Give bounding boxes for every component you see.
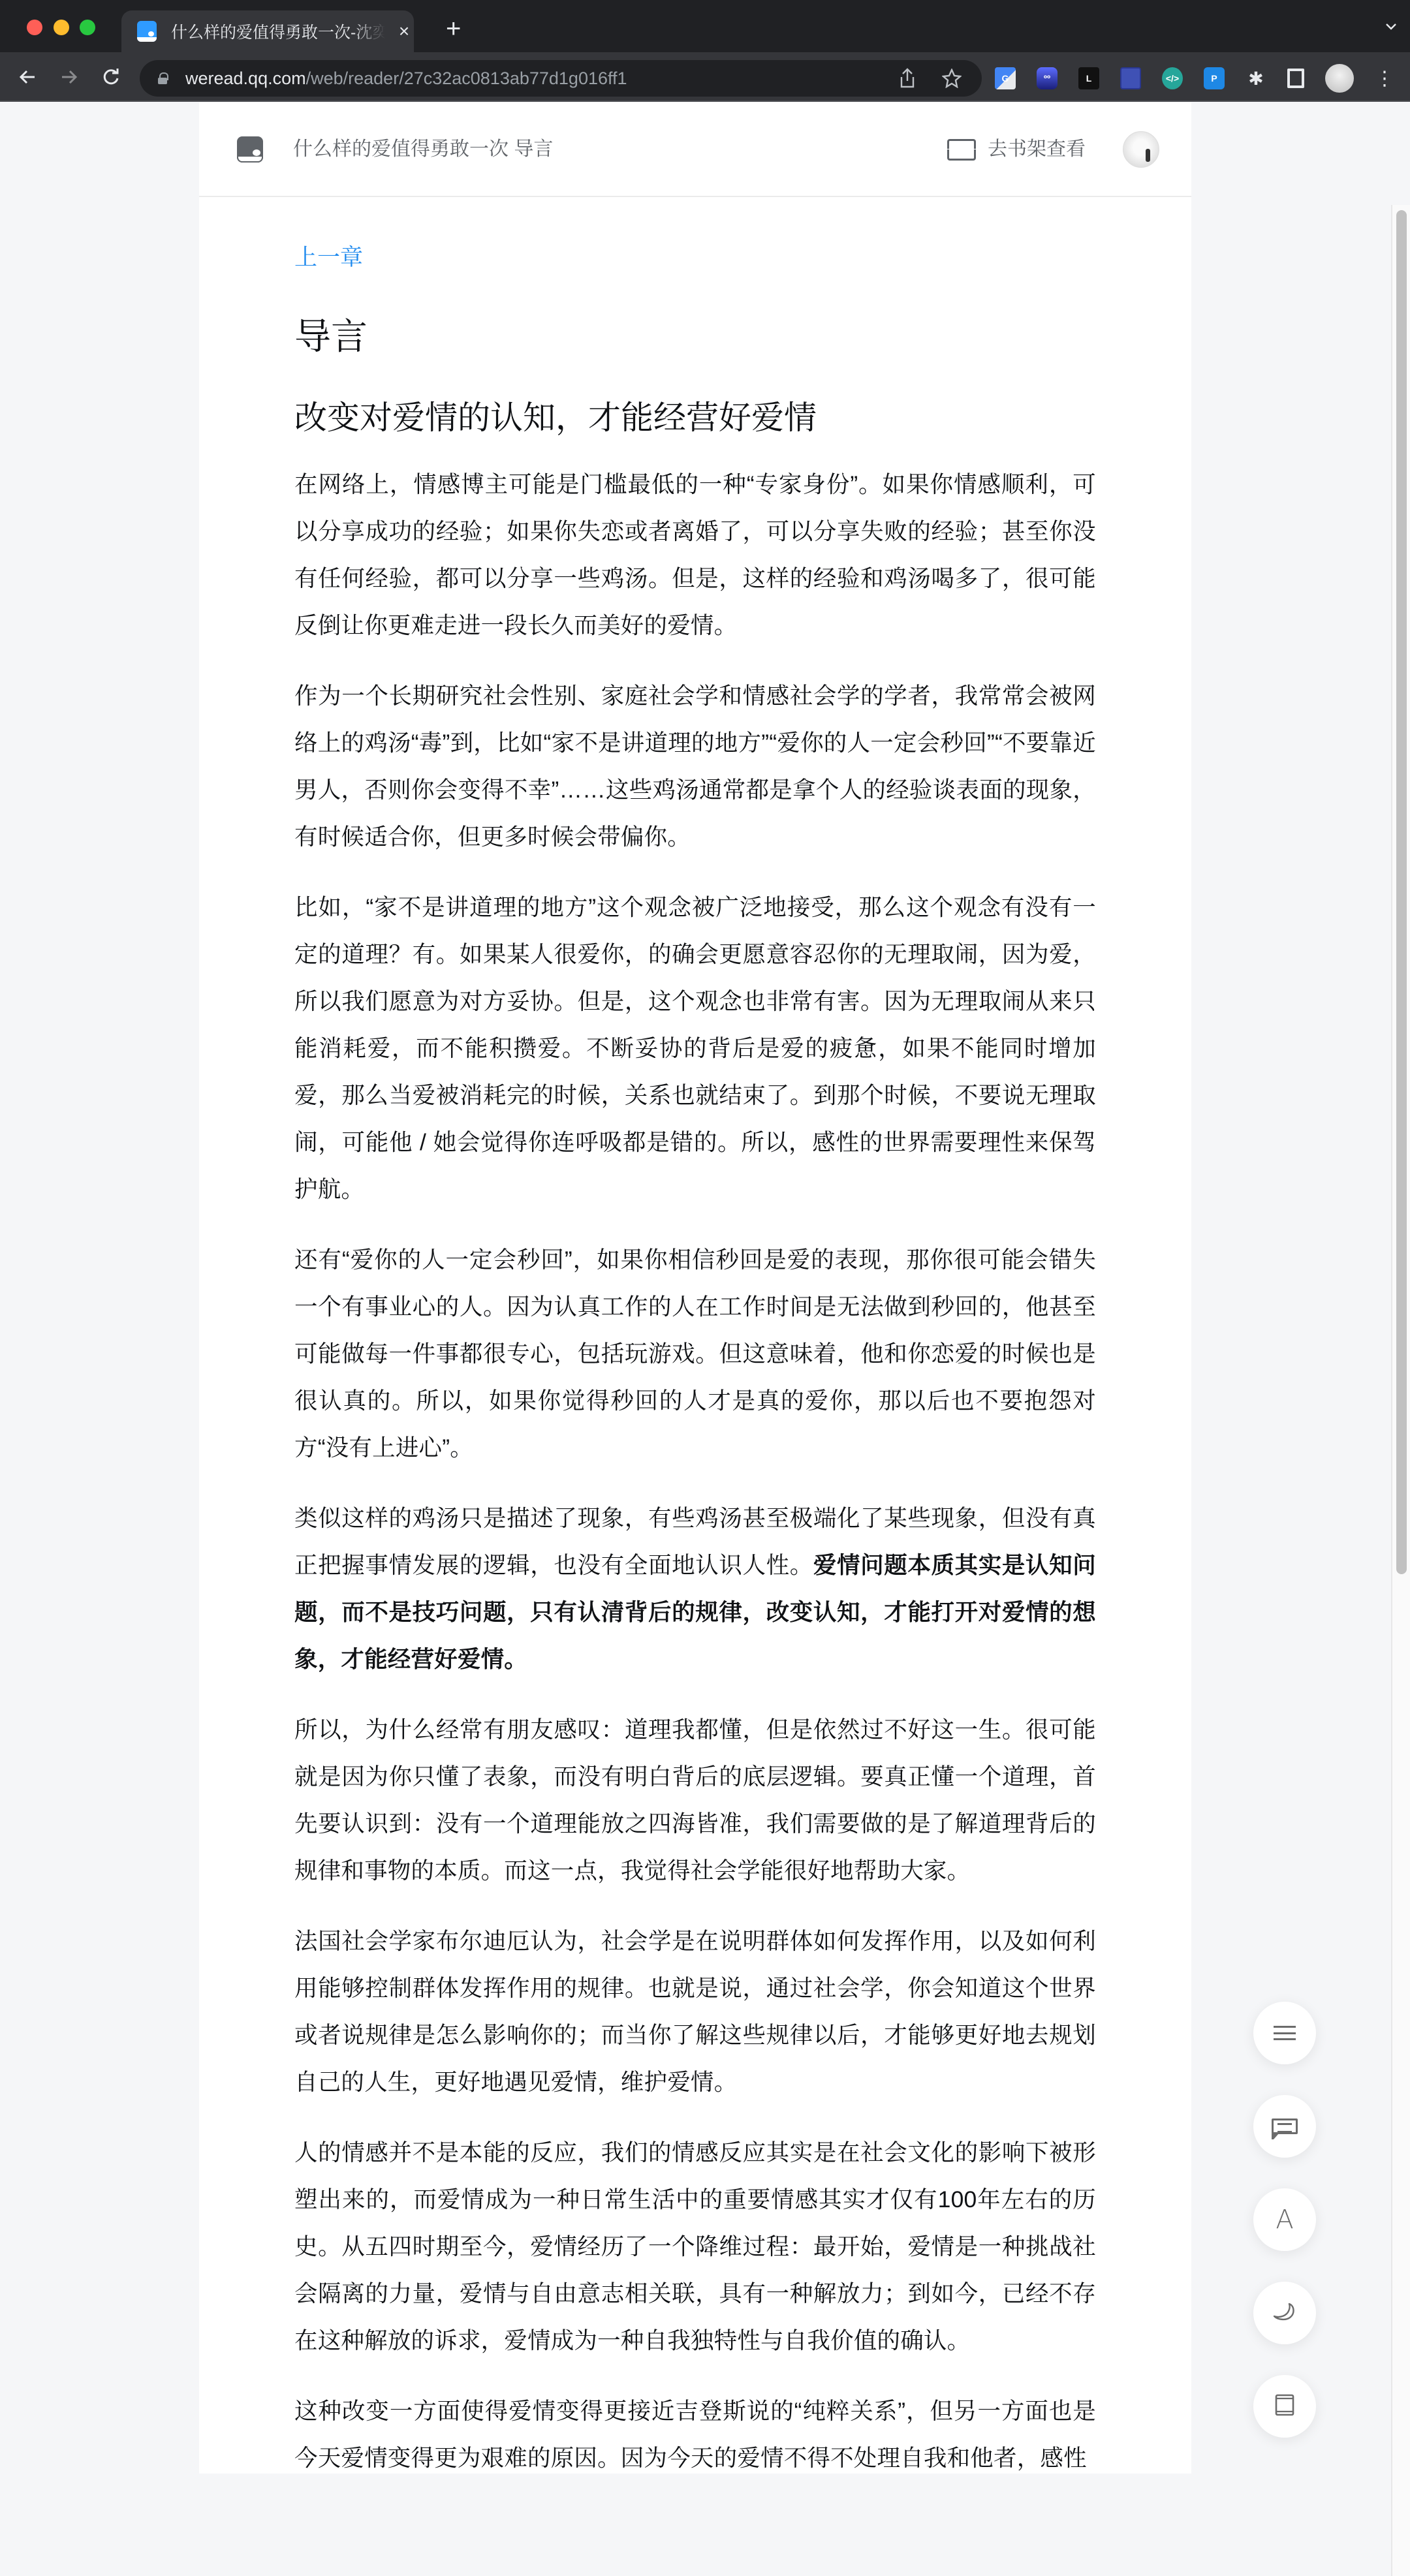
reader-page: 什么样的爱值得勇敢一次 导言 去书架查看 上一章 导言 改变对爱情的认知，才能经… <box>0 102 1410 2474</box>
reload-icon <box>101 67 121 87</box>
url-host: weread.qq.com <box>185 69 306 89</box>
moon-icon <box>1272 2302 1297 2325</box>
floating-controls: A <box>1253 2002 1316 2468</box>
paragraph: 这种改变一方面使得爱情变得更接近吉登斯说的“纯粹关系”，但另一方面也是今天爱情变… <box>294 2387 1096 2474</box>
shelf-label: 去书架查看 <box>988 135 1086 164</box>
tab-search-chevron-icon[interactable] <box>1385 21 1397 33</box>
back-arrow-icon <box>18 67 37 87</box>
code-extension-icon[interactable]: </> <box>1162 67 1183 89</box>
chapter-title: 导言 <box>294 313 1096 360</box>
paragraph: 比如，“家不是讲道理的地方”这个观念被广泛地接受，那么这个观念有没有一定的道理？… <box>294 884 1096 1213</box>
menu-icon <box>1274 2026 1296 2040</box>
tab-title: 什么样的爱值得勇敢一次-沈奕斐 <box>171 20 385 43</box>
weread-favicon-icon <box>137 21 157 42</box>
side-panel-icon[interactable] <box>1287 69 1304 88</box>
back-button[interactable] <box>14 64 40 90</box>
p-download-extension-icon[interactable]: P <box>1204 67 1225 89</box>
forward-arrow-icon <box>59 67 79 87</box>
chapter-subtitle: 改变对爱情的认知，才能经营好爱情 <box>294 394 1096 441</box>
window-close-button[interactable] <box>27 20 42 35</box>
chapter-content: 上一章 导言 改变对爱情的认知，才能经营好爱情 在网络上，情感博主可能是门槛最低… <box>294 197 1096 2474</box>
font-settings-button[interactable]: A <box>1253 2188 1316 2251</box>
ghost-extension-icon[interactable]: ºº <box>1037 67 1057 89</box>
l-extension-icon[interactable]: L <box>1078 67 1099 89</box>
dark-mode-button[interactable] <box>1253 2282 1316 2344</box>
paragraph: 所以，为什么经常有朋友感叹：道理我都懂，但是依然过不好这一生。很可能就是因为你只… <box>294 1706 1096 1894</box>
forward-button[interactable] <box>56 64 82 90</box>
layout-toggle-button[interactable] <box>1253 2375 1316 2438</box>
browser-profile-avatar[interactable] <box>1325 64 1354 93</box>
puzzle-extensions-icon[interactable]: ✱ <box>1245 67 1266 89</box>
reload-button[interactable] <box>98 64 124 90</box>
paragraph: 还有“爱你的人一定会秒回”，如果你相信秒回是爱的表现，那你很可能会错失一个有事业… <box>294 1236 1096 1471</box>
paragraph: 作为一个长期研究社会性别、家庭社会学和情感社会学的学者，我常常会被网络上的鸡汤“… <box>294 672 1096 860</box>
share-icon[interactable] <box>896 67 919 90</box>
paragraph: 类似这样的鸡汤只是描述了现象，有些鸡汤甚至极端化了某些现象，但没有真正把握事情发… <box>294 1495 1096 1683</box>
url-path: /web/reader/27c32ac0813ab77d1g016ff1 <box>306 69 627 89</box>
bookmark-star-icon[interactable] <box>940 67 963 90</box>
browser-tab-active[interactable]: 什么样的爱值得勇敢一次-沈奕斐 × <box>121 10 414 52</box>
go-to-shelf-button[interactable]: 去书架查看 <box>946 135 1086 164</box>
reader-extension-icon[interactable] <box>1120 67 1141 89</box>
book-title: 什么样的爱值得勇敢一次 导言 <box>293 135 553 164</box>
tab-close-icon[interactable]: × <box>394 21 414 42</box>
weread-logo-icon[interactable] <box>237 136 263 163</box>
lock-icon[interactable] <box>158 72 167 84</box>
bookshelf-icon <box>946 136 975 163</box>
new-tab-button[interactable]: + <box>446 16 461 42</box>
page-scrollbar[interactable] <box>1391 205 1410 2474</box>
address-bar[interactable]: weread.qq.com/web/reader/27c32ac0813ab77… <box>140 60 982 97</box>
reader-header: 什么样的爱值得勇敢一次 导言 去书架查看 <box>199 102 1191 197</box>
phone-layout-icon <box>1275 2394 1294 2419</box>
window-minimize-button[interactable] <box>54 20 69 35</box>
font-icon: A <box>1276 2205 1293 2235</box>
browser-toolbar: weread.qq.com/web/reader/27c32ac0813ab77… <box>0 52 1410 102</box>
browser-menu-icon[interactable]: ⋮ <box>1375 67 1388 90</box>
user-avatar[interactable] <box>1123 131 1159 168</box>
window-zoom-button[interactable] <box>80 20 95 35</box>
prev-chapter-link[interactable]: 上一章 <box>294 241 1096 274</box>
paragraph: 人的情感并不是本能的反应，我们的情感反应其实是在社会文化的影响下被形塑出来的，而… <box>294 2129 1096 2364</box>
paragraph: 在网络上，情感博主可能是门槛最低的一种“专家身份”。如果你情感顺利，可以分享成功… <box>294 461 1096 649</box>
reader-card: 什么样的爱值得勇敢一次 导言 去书架查看 上一章 导言 改变对爱情的认知，才能经… <box>199 102 1191 2474</box>
notes-button[interactable] <box>1253 2095 1316 2158</box>
browser-tab-bar: 什么样的爱值得勇敢一次-沈奕斐 × + <box>0 0 1410 52</box>
google-translate-extension-icon[interactable]: G <box>995 67 1016 89</box>
scrollbar-thumb[interactable] <box>1396 210 1407 1574</box>
comment-icon <box>1272 2118 1298 2134</box>
toc-button[interactable] <box>1253 2002 1316 2064</box>
paragraph: 法国社会学家布尔迪厄认为，社会学是在说明群体如何发挥作用，以及如何利用能够控制群… <box>294 1917 1096 2105</box>
